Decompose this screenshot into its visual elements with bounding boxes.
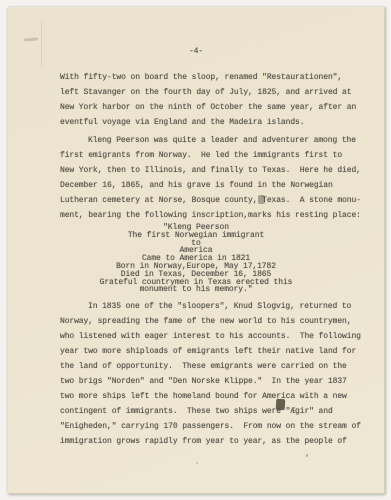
typed-line: two more ships left the homeland bound f… <box>60 389 366 404</box>
typed-line: ment, bearing the following inscription,… <box>60 208 366 223</box>
typed-line: December 16, 1865, and his grave is foun… <box>60 178 366 193</box>
typed-line: New York, then to Illinois, and finally … <box>60 163 366 178</box>
typed-line: "Enigheden," carrying 170 passengers. Fr… <box>60 419 366 434</box>
typed-line: year two more shiploads of emigrants lef… <box>60 344 366 359</box>
typed-line: eventful voyage via England and the Made… <box>60 115 366 130</box>
pencil-smudge <box>24 37 38 41</box>
typed-line: left Stavanger on the fourth day of July… <box>60 85 366 100</box>
scan-background: -4- With fifty-two on board the sloop, r… <box>0 0 391 500</box>
paragraph-1: With fifty-two on board the sloop, renam… <box>60 70 366 130</box>
typed-line: Kleng Peerson was quite a leader and adv… <box>60 133 366 148</box>
typed-line: two brigs "Norden" and "Den Norske Klipp… <box>60 374 366 389</box>
typed-line: contingent of immigrants. These two ship… <box>60 404 366 419</box>
paper-crease <box>41 21 42 67</box>
typed-line: Lutheran cemetery at Norse, Bosque count… <box>60 193 366 208</box>
page-number: -4- <box>8 47 384 56</box>
document-page: -4- With fifty-two on board the sloop, r… <box>8 7 385 494</box>
typed-line: In 1835 one of the "sloopers", Knud Slog… <box>60 299 366 314</box>
typed-line: monument to his memory." <box>48 286 344 294</box>
overstrike-ink-blot <box>258 195 265 204</box>
typed-line: who listened with eager interest to his … <box>60 329 366 344</box>
paragraph-3: In 1835 one of the "sloopers", Knud Slog… <box>60 299 366 449</box>
typed-line: New York harbor on the ninth of October … <box>60 100 366 115</box>
typed-line: immigration grows rapidly from year to y… <box>60 434 366 449</box>
paper-speck <box>306 454 308 457</box>
paragraph-2: Kleng Peerson was quite a leader and adv… <box>60 133 366 223</box>
typed-line: the land of opportunity. These emigrants… <box>60 359 366 374</box>
monument-inscription: "Kleng Peerson The first Norwegian immig… <box>48 224 344 294</box>
typed-line: With fifty-two on board the sloop, renam… <box>60 70 366 85</box>
paper-speck <box>196 462 198 464</box>
overstrike-ink-blot <box>276 399 286 410</box>
typed-line: Norway, spreading the fame of the new wo… <box>60 314 366 329</box>
typed-line: first emigrants from Norway. He led the … <box>60 148 366 163</box>
